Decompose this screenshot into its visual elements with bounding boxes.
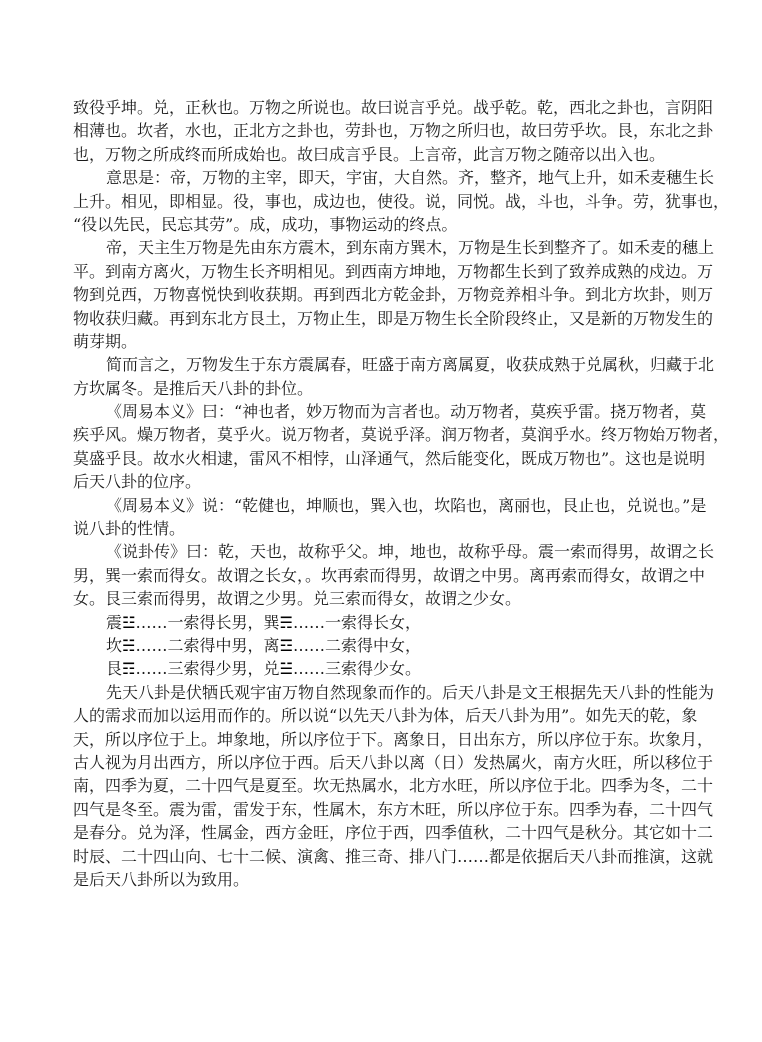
- trigram-row: 艮☶……三索得少男，兑☱……三索得少女。: [73, 657, 690, 680]
- trigram-row: 坎☵……二索得中男，离☲……二索得中女，: [73, 634, 690, 657]
- trigram-name: 离: [263, 636, 279, 655]
- text-line: 天，所以序位于上。坤象地，所以序位于下。离象日，日出东方，所以序位于东。坎象月，: [73, 728, 690, 751]
- trigram-name: 震: [106, 613, 122, 632]
- trigram-row: 震☳……一索得长男，巽☴……一索得长女，: [73, 611, 690, 634]
- text-line: 相薄也。坎者，水也，正北方之卦也，劳卦也，万物之所归也，故曰劳乎坎。艮，东北之卦: [73, 119, 690, 142]
- text-line: 物收获归藏。再到东北方艮土，万物止生，即是万物生长全阶段终止，又是新的万物发生的: [73, 307, 690, 330]
- trigram-desc: ……三索得少女。: [293, 659, 421, 678]
- text-line: 《说卦传》曰：乾，天也，故称乎父。坤，地也，故称乎母。震一索而得男，故谓之长: [73, 540, 690, 563]
- text-line: 古人视为月出西方，所以序位于西。后天八卦以离（日）发热属火，南方火旺，所以移位于: [73, 751, 690, 774]
- paragraph-p8: 先天八卦是伏牺氏观宇宙万物自然现象而作的。后天八卦是文王根据先天八卦的性能为 人…: [73, 681, 690, 892]
- paragraph-p2: 意思是：帝，万物的主宰，即天，宇宙，大自然。齐，整齐，地气上升，如禾麦穗生长 上…: [73, 166, 690, 236]
- text-line: 萌芽期。: [73, 330, 690, 353]
- zhen-trigram-icon: ☳: [122, 611, 135, 636]
- paragraph-p1: 致役乎坤。兑，正秋也。万物之所说也。故曰说言乎兑。战乎乾。乾，西北之卦也，言阴阳…: [73, 96, 690, 166]
- text-line: 也，万物之所成终而所成始也。故曰成言乎艮。上言帝，此言万物之随帝以出入也。: [73, 143, 690, 166]
- text-line: 莫盛乎艮。故水火相逮，雷风不相悖，山泽通气，然后能变化，既成万物也”。这也是说明: [73, 447, 690, 470]
- trigram-desc: ……一索得长男，: [135, 613, 263, 632]
- kan-trigram-icon: ☵: [122, 634, 135, 659]
- text-line: 南，四季为夏，二十四气是夏至。坎无热属水，北方水旺，所以序位于北。四季为冬，二十: [73, 774, 690, 797]
- document-page: 致役乎坤。兑，正秋也。万物之所说也。故曰说言乎兑。战乎乾。乾，西北之卦也，言阴阳…: [73, 96, 690, 891]
- trigram-table: 震☳……一索得长男，巽☴……一索得长女， 坎☵……二索得中男，离☲……二索得中女…: [73, 611, 690, 681]
- trigram-desc: ……三索得少男，: [135, 659, 263, 678]
- li-trigram-icon: ☲: [280, 634, 293, 659]
- trigram-name: 艮: [106, 659, 122, 678]
- gen-trigram-icon: ☶: [122, 658, 135, 683]
- trigram-name: 坎: [106, 636, 122, 655]
- text-line: 意思是：帝，万物的主宰，即天，宇宙，大自然。齐，整齐，地气上升，如禾麦穗生长: [73, 166, 690, 189]
- text-line: 是后天八卦所以为致用。: [73, 868, 690, 891]
- xun-trigram-icon: ☴: [280, 611, 293, 636]
- text-line: 后天八卦的位序。: [73, 470, 690, 493]
- text-line: 上升。相见，即相显。役，事也，成边也，使役。说，同悦。战，斗也，斗争。劳，犹事也…: [73, 190, 690, 213]
- text-line: 方坎属冬。是推后天八卦的卦位。: [73, 377, 690, 400]
- trigram-name: 兑: [263, 659, 279, 678]
- text-line: 先天八卦是伏牺氏观宇宙万物自然现象而作的。后天八卦是文王根据先天八卦的性能为: [73, 681, 690, 704]
- text-line: 女。艮三索而得男，故谓之少男。兑三索而得女，故谓之少女。: [73, 587, 690, 610]
- text-line: 《周易本义》曰：“神也者，妙万物而为言者也。动万物者，莫疾乎雷。挠万物者，莫: [73, 400, 690, 423]
- trigram-desc: ……二索得中女，: [293, 636, 421, 655]
- text-line: “役以先民，民忘其劳”。成，成功，事物运动的终点。: [73, 213, 690, 236]
- text-line: 是春分。兑为泽，性属金，西方金旺，序位于西，四季值秋，二十四气是秋分。其它如十二: [73, 821, 690, 844]
- dui-trigram-icon: ☱: [280, 658, 293, 683]
- text-line: 说八卦的性情。: [73, 517, 690, 540]
- text-line: 致役乎坤。兑，正秋也。万物之所说也。故曰说言乎兑。战乎乾。乾，西北之卦也，言阴阳: [73, 96, 690, 119]
- paragraph-p4: 简而言之，万物发生于东方震属春，旺盛于南方离属夏，收获成熟于兑属秋，归藏于北 方…: [73, 353, 690, 400]
- text-line: 平。到南方离火，万物生长齐明相见。到西南方坤地，万物都生长到了致养成熟的戍边。万: [73, 260, 690, 283]
- text-line: 简而言之，万物发生于东方震属春，旺盛于南方离属夏，收获成熟于兑属秋，归藏于北: [73, 353, 690, 376]
- text-line: 男，巽一索而得女。故谓之长女，。坎再索而得男，故谓之中男。离再索而得女，故谓之中: [73, 564, 690, 587]
- text-line: 四气是冬至。震为雷，雷发于东，性属木，东方木旺，所以序位于东。四季为春，二十四气: [73, 798, 690, 821]
- text-line: 疾乎风。燥万物者，莫乎火。说万物者，莫说乎泽。润万物者，莫润乎水。终万物始万物者…: [73, 423, 690, 446]
- trigram-desc: ……二索得中男，: [135, 636, 263, 655]
- text-line: 物到兑西，万物喜悦快到收获期。再到西北方乾金卦，万物竞养相斗争。到北方坎卦，则万: [73, 283, 690, 306]
- text-line: 人的需求而加以运用而作的。所以说“以先天八卦为体，后天八卦为用”。如先天的乾，象: [73, 704, 690, 727]
- paragraph-p3: 帝，天主生万物是先由东方震木，到东南方巽木，万物是生长到整齐了。如禾麦的穗上 平…: [73, 236, 690, 353]
- text-line: 帝，天主生万物是先由东方震木，到东南方巽木，万物是生长到整齐了。如禾麦的穗上: [73, 236, 690, 259]
- trigram-desc: ……一索得长女，: [293, 613, 421, 632]
- paragraph-p5: 《周易本义》曰：“神也者，妙万物而为言者也。动万物者，莫疾乎雷。挠万物者，莫 疾…: [73, 400, 690, 494]
- text-line: 时辰、二十四山向、七十二候、演禽、推三奇、排八门……都是依据后天八卦而推演，这就: [73, 845, 690, 868]
- trigram-name: 巽: [263, 613, 279, 632]
- paragraph-p7: 《说卦传》曰：乾，天也，故称乎父。坤，地也，故称乎母。震一索而得男，故谓之长 男…: [73, 540, 690, 610]
- text-line: 《周易本义》说：“乾健也，坤顺也，巽入也，坎陷也，离丽也，艮止也，兑说也。”是: [73, 494, 690, 517]
- paragraph-p6: 《周易本义》说：“乾健也，坤顺也，巽入也，坎陷也，离丽也，艮止也，兑说也。”是 …: [73, 494, 690, 541]
